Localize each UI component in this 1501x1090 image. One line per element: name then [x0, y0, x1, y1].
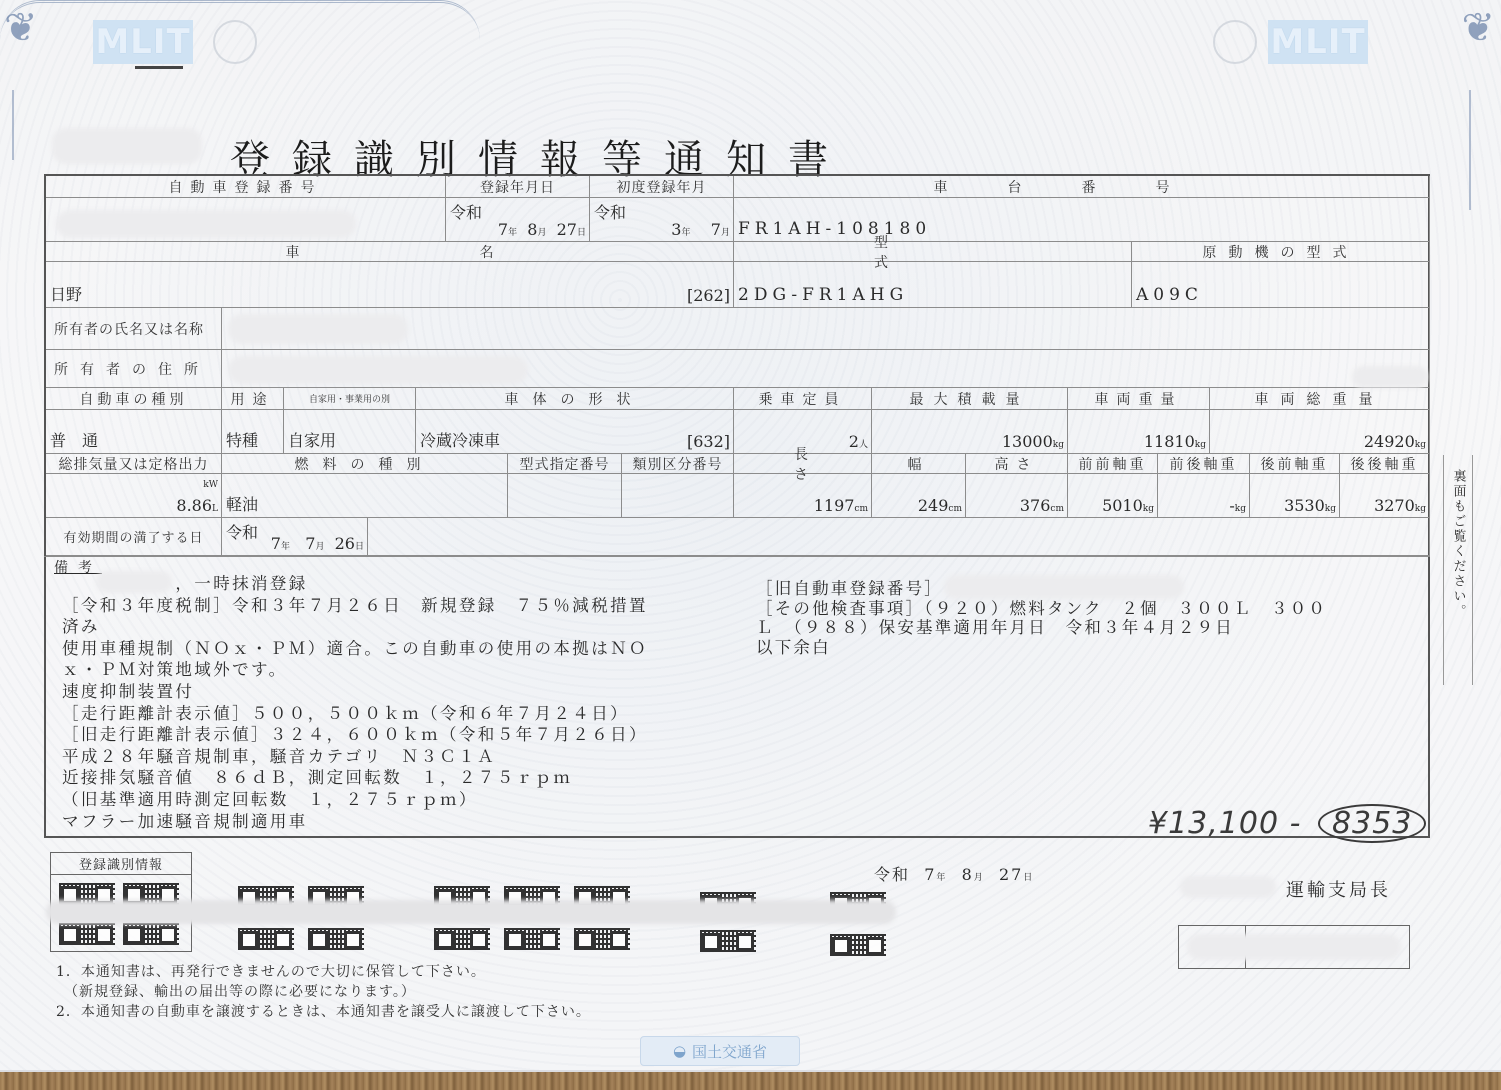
header-vehicle-class: 自動車の種別: [46, 388, 222, 410]
unit: 年: [281, 542, 290, 552]
header-rf-axle: 後前軸重: [1250, 454, 1340, 474]
corner-ornament-icon: ❦: [1461, 8, 1495, 48]
remarks-section: 備考 ，一時抹消登録［令和３年度税制］令和３年７月２６日 新規登録 ７５％減税措…: [44, 556, 1430, 838]
header-capacity: 乗車定員: [734, 388, 872, 410]
model-value: 2DG-FR1AHG: [734, 262, 1132, 308]
header-category-number: 類別区分番号: [622, 454, 734, 474]
width-value: 249cm: [872, 474, 966, 518]
day: 27: [999, 865, 1023, 884]
unit: cm: [854, 504, 868, 514]
remarks-left-column: ，一時抹消登録［令和３年度税制］令和３年７月２６日 新規登録 ７５％減税措置済み…: [62, 573, 742, 832]
issue-date: 令和 7年 8月 27日: [874, 862, 1034, 885]
unit: kg: [1143, 504, 1154, 514]
unit: 年: [681, 228, 690, 238]
type-designation-value: [508, 474, 622, 518]
redacted-area: [228, 314, 408, 344]
qr-code-icon: [123, 923, 179, 945]
vehicle-class-value: 普 通: [46, 410, 222, 454]
unit: kg: [1415, 440, 1426, 450]
header-engine-model: 原動機の型式: [1132, 242, 1430, 262]
handwritten-fee-note: ¥13,100 - 8353: [1148, 804, 1426, 843]
footer-note-line: 2．本通知書の自動車を譲渡するときは、本通知書を譲受人に譲渡して下さい。: [56, 1002, 591, 1022]
vehicle-name-code: [262]: [687, 286, 730, 305]
month: 7: [711, 220, 721, 239]
owner-address-value: [222, 350, 1430, 388]
header-registration-number: 自動車登録番号: [46, 176, 446, 198]
rf-axle-number: 3530: [1284, 496, 1325, 515]
year: 7: [271, 534, 281, 553]
private-business-value: 自家用: [284, 410, 416, 454]
era-label: 令和: [450, 200, 482, 223]
logo-underline: [135, 66, 183, 69]
header-rr-axle: 後後軸重: [1340, 454, 1430, 474]
certificate-paper: ❦ ❦ MLIT MLIT 登録識別情報等通知書 自動車登録番号 登録年月日 初…: [0, 0, 1501, 1072]
handwritten-amount: ¥13,100 -: [1148, 806, 1301, 841]
vehicle-class-text: 普 通: [50, 428, 98, 451]
unit: cm: [948, 504, 962, 514]
ministry-emblem-icon: [1213, 20, 1257, 64]
footer-agency-name: 国土交通省: [692, 1041, 767, 1062]
remarks-line: ［旧走行距離計表示値］３２４，６００ｋｍ（令和５年７月２６日）: [62, 724, 742, 746]
length-value: 1197cm: [734, 474, 872, 518]
footer-note-line: 1．本通知書は、再発行できませんので大切に保管して下さい。: [56, 962, 591, 982]
qr-code-icon: [574, 928, 630, 950]
ff-axle-number: 5010: [1102, 496, 1143, 515]
mlit-watermark-logo: MLIT: [1268, 20, 1368, 64]
unit: 年: [936, 873, 947, 883]
header-max-load: 最大積載量: [872, 388, 1068, 410]
ministry-emblem-icon: [213, 20, 257, 64]
header-expiry: 有効期間の満了する日: [46, 518, 222, 556]
redacted-area: [1187, 934, 1401, 960]
expiry-value: 令和 7年 7月 26日: [222, 518, 368, 556]
remarks-line: マフラー加速騒音規制適用車: [62, 811, 742, 833]
length-number: 1197: [814, 496, 855, 515]
remarks-line: 速度抑制装置付: [62, 681, 742, 703]
body-shape-code: [632]: [687, 432, 730, 451]
header-model: 型式: [734, 242, 1132, 262]
height-number: 376: [1020, 496, 1051, 515]
header-vehicle-weight: 車両重量: [1068, 388, 1210, 410]
unit: 月: [537, 228, 546, 238]
ff-axle-value: 5010kg: [1068, 474, 1158, 518]
header-first-registration: 初度登録年月: [590, 176, 734, 198]
qr-code-icon: [504, 928, 560, 950]
ministry-footer-logo: ◒ 国土交通省: [640, 1036, 800, 1066]
unit: kg: [1195, 440, 1206, 450]
header-height: 高さ: [966, 454, 1068, 474]
header-owner-name: 所有者の氏名又は名称: [46, 308, 222, 350]
category-number-value: [622, 474, 734, 518]
fr-axle-value: -kg: [1158, 474, 1250, 518]
era-label: 令和: [594, 200, 626, 223]
issuer-title: 運輸支局長: [1286, 876, 1391, 902]
side-note-see-reverse: 裏面もご覧ください。: [1443, 455, 1473, 685]
usage-text: 特種: [226, 428, 258, 451]
month: 8: [962, 865, 974, 884]
unit: L: [212, 504, 218, 514]
unit: 月: [721, 228, 730, 238]
vehicle-name-text: 日野: [50, 282, 82, 305]
redacted-area: [56, 210, 356, 238]
registration-info-label: 登録識別情報: [51, 853, 191, 875]
header-chassis-number: 車台番号: [734, 176, 1430, 198]
body-shape-text: 冷蔵冷凍車: [420, 428, 500, 451]
registration-number-value: [46, 198, 446, 242]
header-private-business: 自家用・事業用の別: [284, 388, 416, 410]
unit: 日: [1023, 873, 1034, 883]
remarks-line: ｘ・ＰＭ対策地域外です。: [62, 659, 742, 681]
displacement-number: 8.86: [176, 496, 212, 515]
qr-code-icon: [830, 934, 886, 956]
header-fuel-type: 燃料の種別: [222, 454, 508, 474]
header-usage: 用途: [222, 388, 284, 410]
unit: 年: [508, 228, 517, 238]
day: 27: [557, 220, 577, 239]
unit: kg: [1235, 504, 1246, 514]
unit: kg: [1325, 504, 1336, 514]
model-text: 2DG-FR1AHG: [738, 285, 908, 305]
displacement-value: kW 8.86L: [46, 474, 222, 518]
footer-notes: 1．本通知書は、再発行できませんので大切に保管して下さい。 （新規登録、輸出の届…: [56, 962, 591, 1022]
footer-note-line: （新規登録、輸出の届出等の際に必要になります。）: [56, 982, 591, 1002]
remarks-line: 済み: [62, 616, 742, 638]
month: 7: [305, 534, 315, 553]
era-label: 令和: [874, 865, 910, 884]
header-type-designation: 型式指定番号: [508, 454, 622, 474]
header-length: 長さ: [734, 454, 872, 474]
first-registration-ym: 3年 7月: [671, 220, 730, 239]
body-shape-value: 冷蔵冷凍車 [632]: [416, 410, 734, 454]
header-fr-axle: 前後軸重: [1158, 454, 1250, 474]
vehicle-weight-value: 11810kg: [1068, 410, 1210, 454]
redacted-area: [1352, 366, 1428, 388]
redacted-area: [46, 900, 896, 924]
gross-weight-value: 24920kg: [1210, 410, 1430, 454]
unit: 日: [355, 542, 364, 552]
header-registration-date: 登録年月日: [446, 176, 590, 198]
unit: 月: [974, 873, 985, 883]
seal-box: [1178, 925, 1410, 969]
registration-date-value: 令和 7年 8月 27日: [446, 198, 590, 242]
vehicle-weight-number: 11810: [1144, 432, 1195, 451]
unit: kg: [1053, 440, 1064, 450]
rr-axle-value: 3270kg: [1340, 474, 1430, 518]
width-number: 249: [918, 496, 949, 515]
rf-axle-value: 3530kg: [1250, 474, 1340, 518]
first-registration-value: 令和 3年 7月: [590, 198, 734, 242]
ministry-emblem-icon: ◒: [673, 1042, 686, 1060]
engine-model-value: A09C: [1132, 262, 1430, 308]
era-label: 令和: [226, 520, 258, 543]
unit: cm: [1050, 504, 1064, 514]
max-load-value: 13000kg: [872, 410, 1068, 454]
remarks-line: ［その他検査事項］（９２０）燃料タンク ２個 ３００Ｌ ３００: [756, 599, 1436, 619]
remarks-line: 使用車種規制（ＮＯｘ・ＰＭ）適合。この自動車の使用の本拠はＮＯ: [62, 638, 742, 660]
year: 7: [498, 220, 508, 239]
fuel-type-value: 軽油: [222, 474, 508, 518]
registration-date-ymd: 7年 8月 27日: [498, 220, 586, 239]
year: 3: [671, 220, 681, 239]
day: 26: [335, 534, 355, 553]
corner-ornament-icon: ❦: [4, 8, 38, 48]
qr-code-icon: [700, 930, 756, 952]
private-business-text: 自家用: [288, 428, 336, 451]
redacted-area: [944, 575, 1184, 599]
vehicle-name-value: 日野 [262]: [46, 262, 734, 308]
month: 8: [527, 220, 537, 239]
qr-code-icon: [434, 928, 490, 950]
redacted-area: [1180, 876, 1276, 898]
unit: kg: [1415, 504, 1426, 514]
handwritten-circled-number: 8353: [1318, 804, 1426, 843]
header-body-shape: 車体の形状: [416, 388, 734, 410]
unit: 日: [577, 228, 586, 238]
fuel-type-text: 軽油: [226, 492, 258, 515]
remarks-line: 近接排気騒音値 ８６ｄＢ，測定回転数 １，２７５ｒｐｍ: [62, 767, 742, 789]
remarks-line: ，一時抹消登録: [62, 573, 742, 595]
header-ff-axle: 前前軸重: [1068, 454, 1158, 474]
year: 7: [924, 865, 936, 884]
gross-weight-number: 24920: [1364, 432, 1415, 451]
header-owner-address: 所有者の住所: [46, 350, 222, 388]
usage-value: 特種: [222, 410, 284, 454]
unit: 月: [315, 542, 324, 552]
redacted-area: [228, 356, 528, 384]
remarks-line: （旧基準適用時測定回転数 １，２７５ｒｐｍ）: [62, 789, 742, 811]
qr-code-icon: [238, 928, 294, 950]
header-vehicle-name: 車名: [46, 242, 734, 262]
remarks-line: ［走行距離計表示値］５００，５００ｋｍ（令和６年７月２４日）: [62, 703, 742, 725]
height-value: 376cm: [966, 474, 1068, 518]
remarks-line: 平成２８年騒音規制車，騒音カテゴリ Ｎ３Ｃ１Ａ: [62, 746, 742, 768]
mlit-watermark-logo: MLIT: [93, 20, 193, 64]
remarks-line: 以下余白: [756, 638, 1436, 658]
border-rule: [1469, 90, 1471, 210]
qr-code-icon: [59, 923, 115, 945]
header-gross-weight: 車両総重量: [1210, 388, 1430, 410]
remarks-line: ［令和３年度税制］令和３年７月２６日 新規登録 ７５％減税措置: [62, 595, 742, 617]
redacted-area: [52, 128, 202, 164]
header-width: 幅: [872, 454, 966, 474]
border-rule: [12, 90, 14, 160]
expiry-blank: [368, 518, 1430, 556]
remarks-line: Ｌ （９８８）保安基準適用年月日 令和３年４月２９日: [756, 618, 1436, 638]
unit: kW: [203, 480, 218, 490]
rr-axle-number: 3270: [1374, 496, 1415, 515]
engine-model-text: A09C: [1136, 285, 1203, 305]
header-displacement: 総排気量又は定格出力: [46, 454, 222, 474]
owner-name-value: [222, 308, 1430, 350]
max-load-number: 13000: [1002, 432, 1053, 451]
expiry-ymd: 7年 7月 26日: [271, 534, 364, 553]
qr-code-icon: [308, 928, 364, 950]
